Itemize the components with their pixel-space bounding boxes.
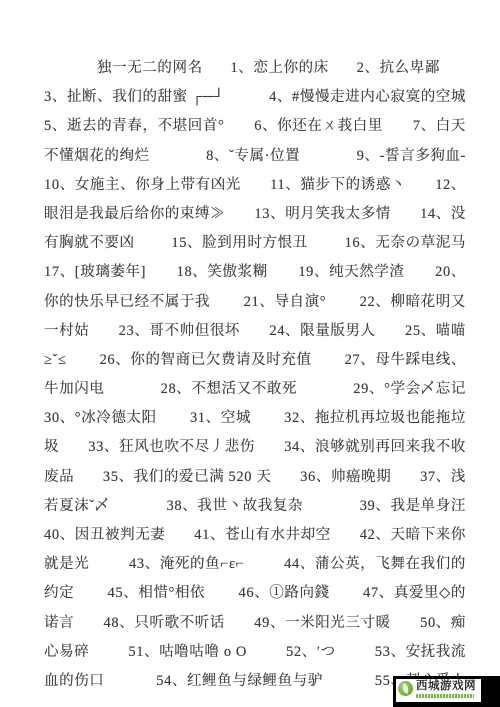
nickname-segment: 26、你的智商已欠费请及时充值 <box>100 348 312 369</box>
nickname-segment: 29、°学会乄忘记 <box>353 377 466 398</box>
watermark-panel: 西城游戏网 <box>396 679 481 702</box>
text-line: 你的快乐早已经不属于我21、导自演°22、柳暗花明又 <box>44 290 466 319</box>
nickname-segment: 54、红鲤鱼与绿鲤鱼与驴 <box>156 669 323 690</box>
nickname-segment: 圾 <box>44 435 59 456</box>
nickname-segment: 7、白天 <box>413 114 466 135</box>
nickname-segment: 18、笑傲浆糊 <box>177 260 268 281</box>
nickname-segment: 22、柳暗花明又 <box>360 290 466 311</box>
nickname-segment: 43、淹死的鱼⌐ε⌐ <box>129 552 244 573</box>
nickname-segment: 27、母牛踩电线、 <box>345 348 466 369</box>
nickname-segment: 41、苍山有水井却空 <box>194 523 331 544</box>
nickname-segment: 血的伤口 <box>44 669 104 690</box>
nickname-segment: 31、空城 <box>190 406 251 427</box>
nickname-segment: ≥ˇ≤ <box>44 352 67 369</box>
site-name: 西城游戏网 <box>416 680 479 693</box>
nickname-segment: 废品 <box>44 465 74 486</box>
text-line: 牛加闪电28、不想活又不敢死29、°学会乄忘记 <box>44 377 466 406</box>
text-line: 圾33、狂风也吹不尽丿悲伤34、浪够就别再回来我不收 <box>44 435 466 464</box>
nickname-segment: 1、恋上你的床 <box>230 56 328 77</box>
text-line: 10、女施主、你身上带有凶光11、猫步下的诱惑丶12、 <box>44 173 466 202</box>
text-line: 17、[玻璃萎年]18、笑傲浆糊19、纯天然学渣20、 <box>44 260 466 289</box>
nickname-segment: 49、一米阳光三寸暖 <box>254 611 391 632</box>
nickname-segment: 14、没 <box>420 202 466 223</box>
text-line: 独一无二的网名1、恋上你的床2、抗么卑鄙 <box>44 56 466 85</box>
nickname-segment: 30、°冰冷德太阳 <box>44 406 157 427</box>
text-line: 一村姑23、哥不帅但很坏24、限量版男人25、喵喵 <box>44 319 466 348</box>
nickname-segment: 32、拖拉机再垃圾也能拖垃 <box>284 406 466 427</box>
text-line: 心易碎51、咕噜咕噜 o O52、′つ53、安抚我流 <box>44 640 466 669</box>
nickname-segment: 52、′つ <box>286 640 336 661</box>
nickname-segment: 15、脸到用时方恨丑 <box>171 231 308 252</box>
nickname-segment: 2、抗么卑鄙 <box>357 56 440 77</box>
nickname-segment: 47、真爱里◇的 <box>363 581 466 602</box>
nickname-segment: 19、纯天然学渣 <box>298 260 404 281</box>
nickname-segment: 51、咕噜咕噜 o O <box>128 640 247 661</box>
nickname-segment: 46、①路向錢 <box>239 581 330 602</box>
nickname-segment: 诺言 <box>44 611 74 632</box>
nickname-segment: 8、ˇ专属·位置 <box>206 144 300 165</box>
nickname-segment: 53、安抚我流 <box>375 640 466 661</box>
nickname-segment: 23、哥不帅但很坏 <box>119 319 240 340</box>
nickname-segment: 就是光 <box>44 552 89 573</box>
text-line: 3、扯断、我们的甜蜜 ┌─┘4、#慢慢走进内心寂寞的空城 <box>44 85 466 114</box>
nickname-segment: 眼泪是我最后给你的束缚≫ <box>44 202 225 223</box>
site-logo-icon <box>398 681 413 696</box>
nickname-segment: 21、导自演° <box>244 290 327 311</box>
nickname-segment: 16、无奈の草泥马 <box>345 231 466 252</box>
nickname-segment: 34、浪够就别再回来我不收 <box>284 435 466 456</box>
site-url-smallprint <box>416 694 474 698</box>
nickname-segment: 若夏沫ˇ乄 <box>44 494 110 515</box>
nickname-segment: 39、我是单身汪 <box>360 494 466 515</box>
text-line: 就是光43、淹死的鱼⌐ε⌐44、蒲公英，飞舞在我们的 <box>44 552 466 581</box>
nickname-segment: 24、限量版男人 <box>269 319 375 340</box>
nickname-segment: 你的快乐早已经不属于我 <box>44 290 210 311</box>
nickname-segment: 40、因丑被判无妻 <box>44 523 165 544</box>
nickname-segment: 38、我世丶故我复杂 <box>167 494 304 515</box>
nickname-segment: 9、-誓言多狗血- <box>357 144 466 165</box>
text-line: 约定45、相惜°相依46、①路向錢47、真爱里◇的 <box>44 581 466 610</box>
nickname-segment: 11、猫步下的诱惑丶 <box>270 173 406 194</box>
watermark-text: 西城游戏网 <box>416 680 479 698</box>
text-line: 废品35、我们的爱已满 520 天36、帅癌晚期37、浅 <box>44 465 466 494</box>
nickname-segment: 12、 <box>435 173 466 194</box>
nickname-segment: 44、蒲公英，飞舞在我们的 <box>284 552 466 573</box>
nickname-segment: 有胸就不要凶 <box>44 231 135 252</box>
text-line: 诺言48、只听歌不听话49、一米阳光三寸暖50、痴 <box>44 611 466 640</box>
nickname-segment: 17、[玻璃萎年] <box>44 260 146 281</box>
text-line: 30、°冰冷德太阳31、空城32、拖拉机再垃圾也能拖垃 <box>44 406 466 435</box>
nickname-segment: 20、 <box>435 260 466 281</box>
nickname-segment: 10、女施主、你身上带有凶光 <box>44 173 241 194</box>
nickname-segment: 28、不想活又不敢死 <box>161 377 298 398</box>
text-line: 不懂烟花的绚烂8、ˇ专属·位置9、-誓言多狗血- <box>44 144 466 173</box>
nickname-segment: 42、天暗下来你 <box>360 523 466 544</box>
nickname-segment: 45、相惜°相依 <box>108 581 206 602</box>
nickname-lines: 独一无二的网名1、恋上你的床2、抗么卑鄙3、扯断、我们的甜蜜 ┌─┘4、#慢慢走… <box>44 56 466 698</box>
nickname-segment: 36、帅癌晚期 <box>300 465 391 486</box>
nickname-segment: 25、喵喵 <box>405 319 466 340</box>
text-line: ≥ˇ≤26、你的智商已欠费请及时充值27、母牛踩电线、 <box>44 348 466 377</box>
nickname-segment: 独一无二的网名 <box>97 56 203 77</box>
nickname-segment: 4、#慢慢走进内心寂寞的空城 <box>269 85 466 106</box>
nickname-segment: 6、你还在ㄨ莪白里 <box>254 114 383 135</box>
text-line: 有胸就不要凶15、脸到用时方恨丑16、无奈の草泥马 <box>44 231 466 260</box>
nickname-segment: 牛加闪电 <box>44 377 104 398</box>
nickname-segment: 48、只听歌不听话 <box>104 611 225 632</box>
text-line: 若夏沫ˇ乄38、我世丶故我复杂39、我是单身汪 <box>44 494 466 523</box>
nickname-segment: 约定 <box>44 581 74 602</box>
nickname-segment: 13、明月笑我太多情 <box>254 202 391 223</box>
nickname-segment: 心易碎 <box>44 640 89 661</box>
text-line: 5、逝去的青春，不堪回首°6、你还在ㄨ莪白里7、白天 <box>44 114 466 143</box>
nickname-segment: 一村姑 <box>44 319 89 340</box>
nickname-list-document: 独一无二的网名1、恋上你的床2、抗么卑鄙3、扯断、我们的甜蜜 ┌─┘4、#慢慢走… <box>44 56 466 698</box>
nickname-segment: 不懂烟花的绚烂 <box>44 144 150 165</box>
text-line: 40、因丑被判无妻41、苍山有水井却空42、天暗下来你 <box>44 523 466 552</box>
nickname-segment: 5、逝去的青春，不堪回首° <box>44 114 224 135</box>
nickname-segment: 3、扯断、我们的甜蜜 ┌─┘ <box>44 85 225 106</box>
nickname-segment: 37、浅 <box>420 465 466 486</box>
nickname-segment: 33、狂风也吹不尽丿悲伤 <box>88 435 255 456</box>
watermark-backdrop: 西城游戏网 <box>393 676 500 707</box>
nickname-segment: 35、我们的爱已满 520 天 <box>103 465 272 486</box>
text-line: 眼泪是我最后给你的束缚≫13、明月笑我太多情14、没 <box>44 202 466 231</box>
nickname-segment: 50、痴 <box>420 611 466 632</box>
